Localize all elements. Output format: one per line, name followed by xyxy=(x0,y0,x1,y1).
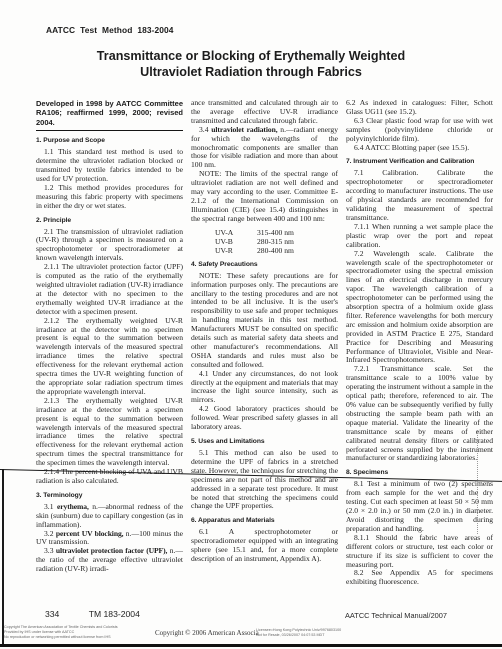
section-heading: 4. Safety Precautions xyxy=(191,261,338,268)
paragraph: 4.1 Under any circumstances, do not look… xyxy=(191,370,338,406)
paragraph: 2.1.2 The erythemally weighted UV-R irra… xyxy=(36,317,183,397)
uv-band-row: UV-R280-400 nm xyxy=(215,246,338,255)
section-heading: 8. Specimens xyxy=(346,469,493,476)
title-line-2: Ultraviolet Radiation through Fabrics xyxy=(0,65,502,81)
uv-band-range: 280-315 nm xyxy=(257,237,294,246)
column-left: Developed in 1998 by AATCC Committee RA1… xyxy=(36,99,183,574)
doc-number: TM 183-2004 xyxy=(89,609,140,619)
paragraph: 2.1.1 The ultraviolet protection factor … xyxy=(36,263,183,316)
title-line-1: Transmittance or Blocking of Erythemally… xyxy=(0,49,502,65)
paragraph: NOTE: The limits of the spectral range o… xyxy=(191,170,338,223)
uv-band-range: 315-400 nm xyxy=(257,228,294,237)
uv-band-row: UV-B280-315 nm xyxy=(215,237,338,246)
paragraph: 8.2 See Appendix A5 for specimens exhibi… xyxy=(346,569,493,587)
paragraph: 7.2.1 Transmittance scale. Set the trans… xyxy=(346,365,493,463)
footer-license-left: Copyright The American Association of Te… xyxy=(4,625,174,640)
paragraph: ance transmitted and calculated through … xyxy=(191,99,338,126)
page-number: 334 xyxy=(45,609,59,619)
footer-manual-label: AATCC Technical Manual/2007 xyxy=(345,611,447,620)
license-left-line: No reproduction or networking permitted … xyxy=(4,635,174,640)
document-header: AATCC Test Method 183-2004 xyxy=(46,25,174,35)
paragraph: 3.2 percent UV blocking, n.—100 minus th… xyxy=(36,530,183,548)
paragraph: 7.1.1 When running a wet sample place th… xyxy=(346,223,493,250)
footer-page-info: 334 TM 183-2004 xyxy=(45,609,140,619)
paragraph: 8.1.1 Should the fabric have areas of di… xyxy=(346,534,493,570)
paragraph: 3.3 ultraviolet protection factor (UPF),… xyxy=(36,547,183,574)
column-center: ance transmitted and calculated through … xyxy=(191,99,338,564)
section-heading: 2. Principle xyxy=(36,217,183,224)
section-heading: 3. Terminology xyxy=(36,492,183,499)
uv-band-table: UV-A315-400 nmUV-B280-315 nmUV-R280-400 … xyxy=(215,228,338,255)
section-heading: 6. Apparatus and Materials xyxy=(191,517,338,524)
paragraph: 6.1 A spectrophotometer or spectroradiom… xyxy=(191,528,338,564)
section-heading: 5. Uses and Limitations xyxy=(191,438,338,445)
uv-band-label: UV-A xyxy=(215,228,257,237)
paragraph: 7.1 Calibration. Calibrate the spectroph… xyxy=(346,169,493,222)
paragraph: NOTE: These safety precautions are for i… xyxy=(191,272,338,370)
uv-band-range: 280-400 nm xyxy=(257,246,294,255)
intro-divider xyxy=(36,130,183,131)
development-history-note: Developed in 1998 by AATCC Committee RA1… xyxy=(36,99,183,127)
scan-artifact-vertical-line xyxy=(2,469,4,645)
uv-band-row: UV-A315-400 nm xyxy=(215,228,338,237)
section-heading: 7. Instrument Verification and Calibrati… xyxy=(346,158,493,165)
paragraph: 6.4 AATCC Blotting paper (see 15.5). xyxy=(346,144,493,153)
uv-band-label: UV-R xyxy=(215,246,257,255)
paragraph: 2.1.3 The erythemally weighted UV-R irra… xyxy=(36,397,183,468)
paragraph: 5.1 This method can also be used to dete… xyxy=(191,449,338,511)
paragraph: 2.1 The transmission of ultraviolet radi… xyxy=(36,228,183,264)
uv-band-label: UV-B xyxy=(215,237,257,246)
scan-artifact-dotted-line xyxy=(477,430,478,534)
paragraph: 3.4 ultraviolet radiation, n.—radiant en… xyxy=(191,126,338,171)
paragraph: 4.2 Good laboratory practices should be … xyxy=(191,405,338,432)
paragraph: 1.1 This standard test method is used to… xyxy=(36,148,183,184)
column-right: 6.2 As indexed in catalogues: Filter, Sc… xyxy=(346,99,493,587)
paragraph: 7.2 Wavelength scale. Calibrate the wave… xyxy=(346,250,493,366)
document-title: Transmittance or Blocking of Erythemally… xyxy=(0,49,502,80)
document-page: AATCC Test Method 183-2004 Transmittance… xyxy=(0,0,502,649)
section-heading: 1. Purpose and Scope xyxy=(36,137,183,144)
page-bottom-rule xyxy=(0,644,502,647)
paragraph: 6.3 Clear plastic food wrap for use with… xyxy=(346,117,493,144)
paragraph: 1.2 This method provides procedures for … xyxy=(36,184,183,211)
footer-license-right: Licensee=Hong Kong Polytechnic Univ/9976… xyxy=(256,628,366,638)
paragraph: 6.2 As indexed in catalogues: Filter, Sc… xyxy=(346,99,493,117)
paragraph: 8.1 Test a minimum of two (2) specimens … xyxy=(346,480,493,533)
footer-copyright: Copyright © 2006 American Associa xyxy=(155,629,259,637)
paragraph: 3.1 erythema, n.—abnormal redness of the… xyxy=(36,503,183,530)
license-right-line: Not for Resale, 03/26/2007 04:07:53 MDT xyxy=(256,633,366,638)
